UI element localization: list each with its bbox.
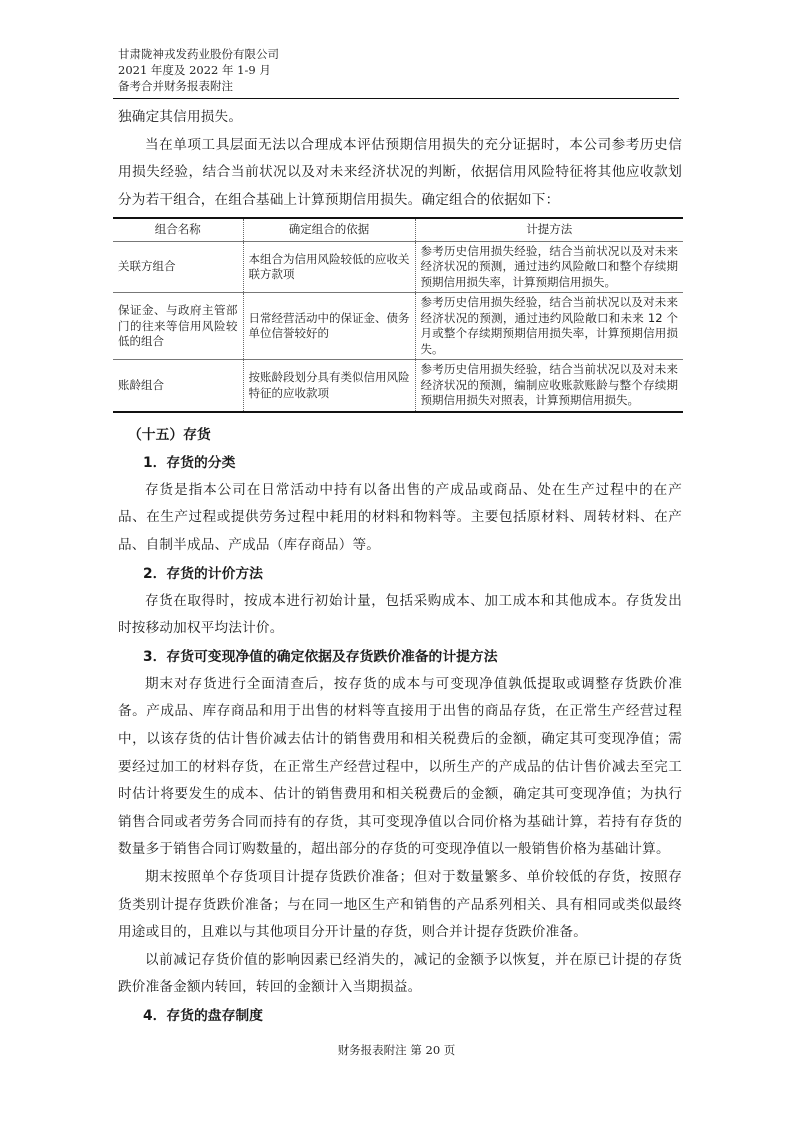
table-row: 保证金、与政府主管部门的往来等信用风险较低的组合 日常经营活动中的保证金、债务单… bbox=[113, 293, 683, 360]
table-cell: 按账龄段划分具有类似信用风险特征的应收款项 bbox=[243, 360, 415, 412]
table-cell: 日常经营活动中的保证金、债务单位信誉较好的 bbox=[243, 293, 415, 360]
paragraph: 期末按照单个存货项目计提存货跌价准备；但对于数量繁多、单价较低的存货，按照存货类… bbox=[118, 864, 682, 947]
column-header: 确定组合的依据 bbox=[243, 218, 415, 241]
header-divider bbox=[113, 98, 679, 99]
table-cell: 关联方组合 bbox=[113, 241, 243, 293]
page-header: 甘肃陇神戎发药业股份有限公司 2021 年度及 2022 年 1-9 月 备考合… bbox=[118, 46, 678, 94]
subsection-heading: 1．存货的分类 bbox=[118, 449, 682, 477]
paragraph: 以前减记存货价值的影响因素已经消失的，减记的金额予以恢复，并在原已计提的存货跌价… bbox=[118, 947, 682, 1002]
table-cell: 参考历史信用损失经验，结合当前状况以及对未来经济状况的预测，通过违约风险敞口和整… bbox=[415, 241, 683, 293]
report-period: 2021 年度及 2022 年 1-9 月 bbox=[118, 62, 678, 78]
page-footer: 财务报表附注 第 20 页 bbox=[0, 1042, 793, 1058]
table-cell: 参考历史信用损失经验，结合当前状况以及对未来经济状况的预测，通过违约风险敞口和未… bbox=[415, 293, 683, 360]
company-name: 甘肃陇神戎发药业股份有限公司 bbox=[118, 46, 678, 62]
table-cell: 本组合为信用风险较低的应收关联方款项 bbox=[243, 241, 415, 293]
table-header-row: 组合名称 确定组合的依据 计提方法 bbox=[113, 218, 683, 241]
document-title: 备考合并财务报表附注 bbox=[118, 78, 678, 94]
table-row: 关联方组合 本组合为信用风险较低的应收关联方款项 参考历史信用损失经验，结合当前… bbox=[113, 241, 683, 293]
paragraph: 独确定其信用损失。 bbox=[118, 104, 682, 132]
paragraph: 期末对存货进行全面清查后，按存货的成本与可变现净值孰低提取或调整存货跌价准备。产… bbox=[118, 671, 682, 864]
column-header: 计提方法 bbox=[415, 218, 683, 241]
portfolio-basis-table: 组合名称 确定组合的依据 计提方法 关联方组合 本组合为信用风险较低的应收关联方… bbox=[113, 217, 683, 413]
table-cell: 保证金、与政府主管部门的往来等信用风险较低的组合 bbox=[113, 293, 243, 360]
column-header: 组合名称 bbox=[113, 218, 243, 241]
paragraph: 存货在取得时，按成本进行初始计量，包括采购成本、加工成本和其他成本。存货发出时按… bbox=[118, 588, 682, 643]
paragraph: 存货是指本公司在日常活动中持有以备出售的产成品或商品、处在生产过程中的在产品、在… bbox=[118, 477, 682, 560]
subsection-heading: 2．存货的计价方法 bbox=[118, 560, 682, 588]
table-cell: 账龄组合 bbox=[113, 360, 243, 412]
section-heading: （十五）存货 bbox=[118, 421, 682, 449]
subsection-heading: 4．存货的盘存制度 bbox=[118, 1002, 682, 1030]
paragraph: 当在单项工具层面无法以合理成本评估预期信用损失的充分证据时，本公司参考历史信用损… bbox=[118, 132, 682, 215]
table-row: 账龄组合 按账龄段划分具有类似信用风险特征的应收款项 参考历史信用损失经验，结合… bbox=[113, 360, 683, 412]
page-body: 独确定其信用损失。 当在单项工具层面无法以合理成本评估预期信用损失的充分证据时，… bbox=[118, 104, 682, 1030]
subsection-heading: 3．存货可变现净值的确定依据及存货跌价准备的计提方法 bbox=[118, 643, 682, 671]
table-cell: 参考历史信用损失经验，结合当前状况以及对未来经济状况的预测，编制应收账款账龄与整… bbox=[415, 360, 683, 412]
